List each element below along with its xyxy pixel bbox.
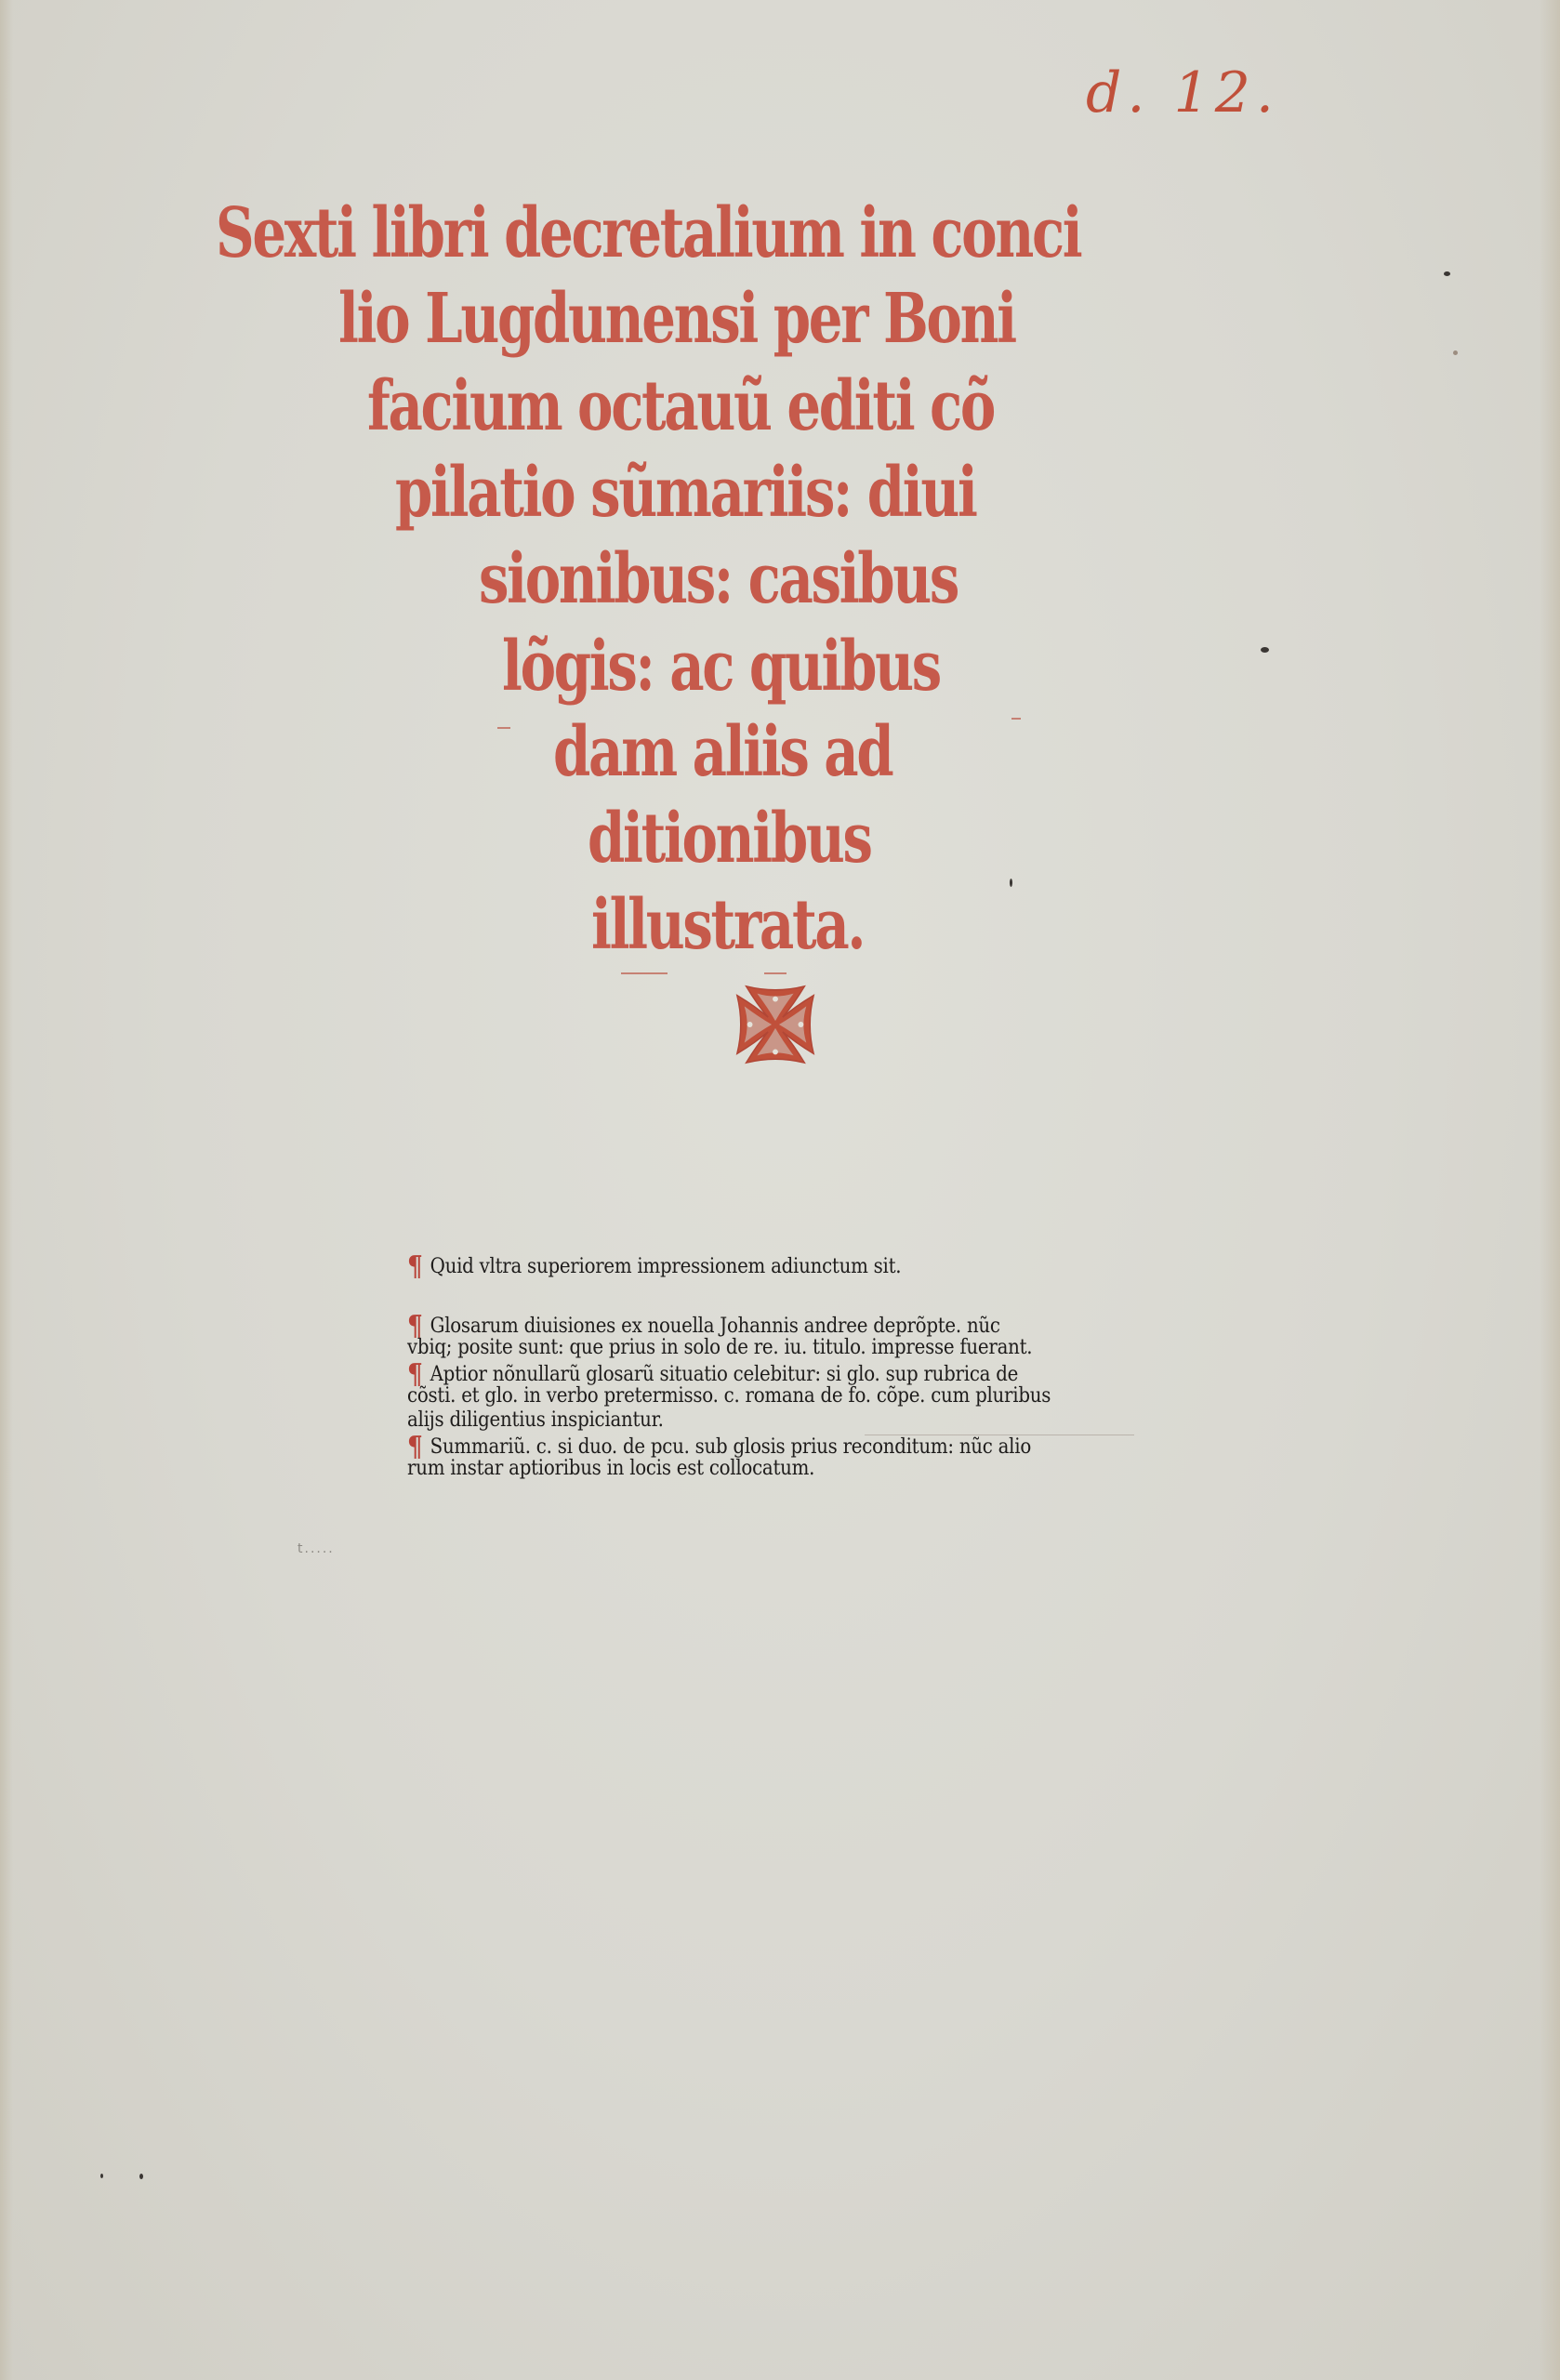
note-paragraph-1-line-2: vbiq; posite sunt: que prius in solo de … bbox=[407, 1337, 1032, 1358]
note-text: rum instar aptioribus in locis est collo… bbox=[407, 1456, 814, 1480]
underline-stroke bbox=[621, 972, 668, 974]
title-line-1: Sexti libri decretalium in conci bbox=[216, 199, 1080, 268]
title-page: d. 12. Sexti libri decretalium in conci … bbox=[0, 0, 1560, 2380]
title-line-4: pilatio sũmariis: diui bbox=[395, 458, 976, 527]
note-paragraph-2-line-3: alijs diligentius inspiciantur. bbox=[407, 1409, 664, 1431]
notes-heading: ¶Quid vltra superiorem impressionem adiu… bbox=[407, 1253, 901, 1281]
title-line-7: dam aliis ad bbox=[553, 718, 892, 787]
title-line-6: lõgis: ac quibus bbox=[502, 632, 940, 701]
title-line-text: Sexti libri decretalium in conci bbox=[216, 193, 1080, 273]
title-line-text: illustrata. bbox=[591, 885, 864, 965]
title-line-2: lio Lugdunensi per Boni bbox=[338, 284, 1015, 353]
title-line-text: ditionibus bbox=[588, 799, 871, 879]
cross-pattee-icon bbox=[730, 978, 821, 1071]
handwritten-shelfmark: d. 12. bbox=[1086, 65, 1279, 121]
title-line-text: pilatio sũmariis: diui bbox=[395, 453, 976, 533]
title-line-text: lõgis: ac quibus bbox=[502, 627, 940, 707]
guide-mark bbox=[497, 727, 510, 729]
pilcrow-icon: ¶ bbox=[407, 1253, 425, 1281]
note-text: cõsti. et glo. in verbo pretermisso. c. … bbox=[407, 1383, 1051, 1408]
faint-rule bbox=[865, 1435, 1134, 1435]
title-line-text: lio Lugdunensi per Boni bbox=[338, 279, 1015, 359]
title-line-5: sionibus: casibus bbox=[479, 545, 958, 614]
note-text: vbiq; posite sunt: que prius in solo de … bbox=[407, 1335, 1032, 1359]
note-paragraph-2-line-2: cõsti. et glo. in verbo pretermisso. c. … bbox=[407, 1385, 1051, 1407]
title-line-9: illustrata. bbox=[591, 891, 864, 959]
title-line-8: ditionibus bbox=[588, 804, 871, 873]
notes-heading-text: Quid vltra superiorem impressionem adiun… bbox=[430, 1254, 902, 1278]
pencil-mark: t..... bbox=[297, 1541, 335, 1556]
title-line-text: dam aliis ad bbox=[553, 712, 892, 792]
guide-mark bbox=[1011, 718, 1021, 720]
title-line-text: facium octauũ editi cõ bbox=[367, 366, 994, 446]
note-paragraph-3-line-2: rum instar aptioribus in locis est collo… bbox=[407, 1458, 814, 1479]
title-line-text: sionibus: casibus bbox=[479, 539, 958, 619]
note-text: alijs diligentius inspiciantur. bbox=[407, 1408, 664, 1432]
underline-stroke bbox=[764, 972, 787, 974]
title-line-3: facium octauũ editi cõ bbox=[367, 372, 994, 441]
